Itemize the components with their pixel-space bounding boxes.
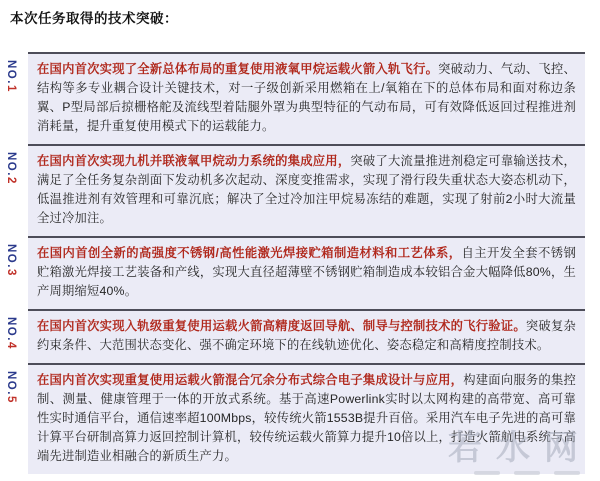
item-number-label-4: NO.4 <box>4 317 18 350</box>
breakthrough-item-3: NO.3 在国内首创全新的高强度不锈钢/高性能激光焊接贮箱制造材料和工艺体系，自… <box>28 236 585 309</box>
item-highlight: 在国内首创全新的高强度不锈钢/高性能激光焊接贮箱制造材料和工艺体系， <box>37 246 462 260</box>
item-number-label-3: NO.3 <box>4 244 18 277</box>
item-number-prefix: NO. <box>5 244 17 269</box>
item-number-prefix: NO. <box>5 317 17 342</box>
item-text: 在国内首次实现入轨级重复使用运载火箭高精度返回导航、制导与控制技术的飞行验证。突… <box>37 317 576 355</box>
item-number-value: 3 <box>5 269 17 277</box>
item-number-value: 2 <box>5 177 17 185</box>
item-number-value: 5 <box>5 396 17 404</box>
item-highlight: 在国内首次实现九机并联液氧甲烷动力系统的集成应用， <box>37 154 350 168</box>
breakthrough-list: NO.1 在国内首次实现了全新总体布局的重复使用液氧甲烷运载火箭入轨飞行。突破动… <box>28 52 585 474</box>
item-highlight: 在国内首次实现重复使用运载火箭混合冗余分布式综合电子集成设计与应用， <box>37 373 463 387</box>
item-number-label-5: NO.5 <box>4 371 18 404</box>
page: 本次任务取得的技术突破： NO.1 在国内首次实现了全新总体布局的重复使用液氧甲… <box>0 0 600 481</box>
breakthrough-item-2: NO.2 在国内首次实现九机并联液氧甲烷动力系统的集成应用，突破了大流量推进剂稳… <box>28 144 585 236</box>
breakthrough-item-4: NO.4 在国内首次实现入轨级重复使用运载火箭高精度返回导航、制导与控制技术的飞… <box>28 309 585 363</box>
item-number-label-2: NO.2 <box>4 152 18 185</box>
item-text: 在国内首次实现九机并联液氧甲烷动力系统的集成应用，突破了大流量推进剂稳定可靠输送… <box>37 152 576 228</box>
item-highlight: 在国内首次实现入轨级重复使用运载火箭高精度返回导航、制导与控制技术的飞行验证。 <box>37 319 526 333</box>
breakthrough-item-5: NO.5 在国内首次实现重复使用运载火箭混合冗余分布式综合电子集成设计与应用，构… <box>28 363 585 474</box>
item-number-prefix: NO. <box>5 60 17 85</box>
item-highlight: 在国内首次实现了全新总体布局的重复使用液氧甲烷运载火箭入轨飞行。 <box>37 62 438 76</box>
item-text: 在国内首创全新的高强度不锈钢/高性能激光焊接贮箱制造材料和工艺体系，自主开发全套… <box>37 244 576 301</box>
breakthrough-item-1: NO.1 在国内首次实现了全新总体布局的重复使用液氧甲烷运载火箭入轨飞行。突破动… <box>28 52 585 144</box>
item-number-prefix: NO. <box>5 371 17 396</box>
item-number-value: 4 <box>5 342 17 350</box>
page-title: 本次任务取得的技术突破： <box>10 7 178 27</box>
item-text: 在国内首次实现重复使用运载火箭混合冗余分布式综合电子集成设计与应用，构建面向服务… <box>37 371 576 466</box>
item-text: 在国内首次实现了全新总体布局的重复使用液氧甲烷运载火箭入轨飞行。突破动力、气动、… <box>37 60 576 136</box>
item-number-prefix: NO. <box>5 152 17 177</box>
item-number-label-1: NO.1 <box>4 60 18 93</box>
item-number-value: 1 <box>5 85 17 93</box>
